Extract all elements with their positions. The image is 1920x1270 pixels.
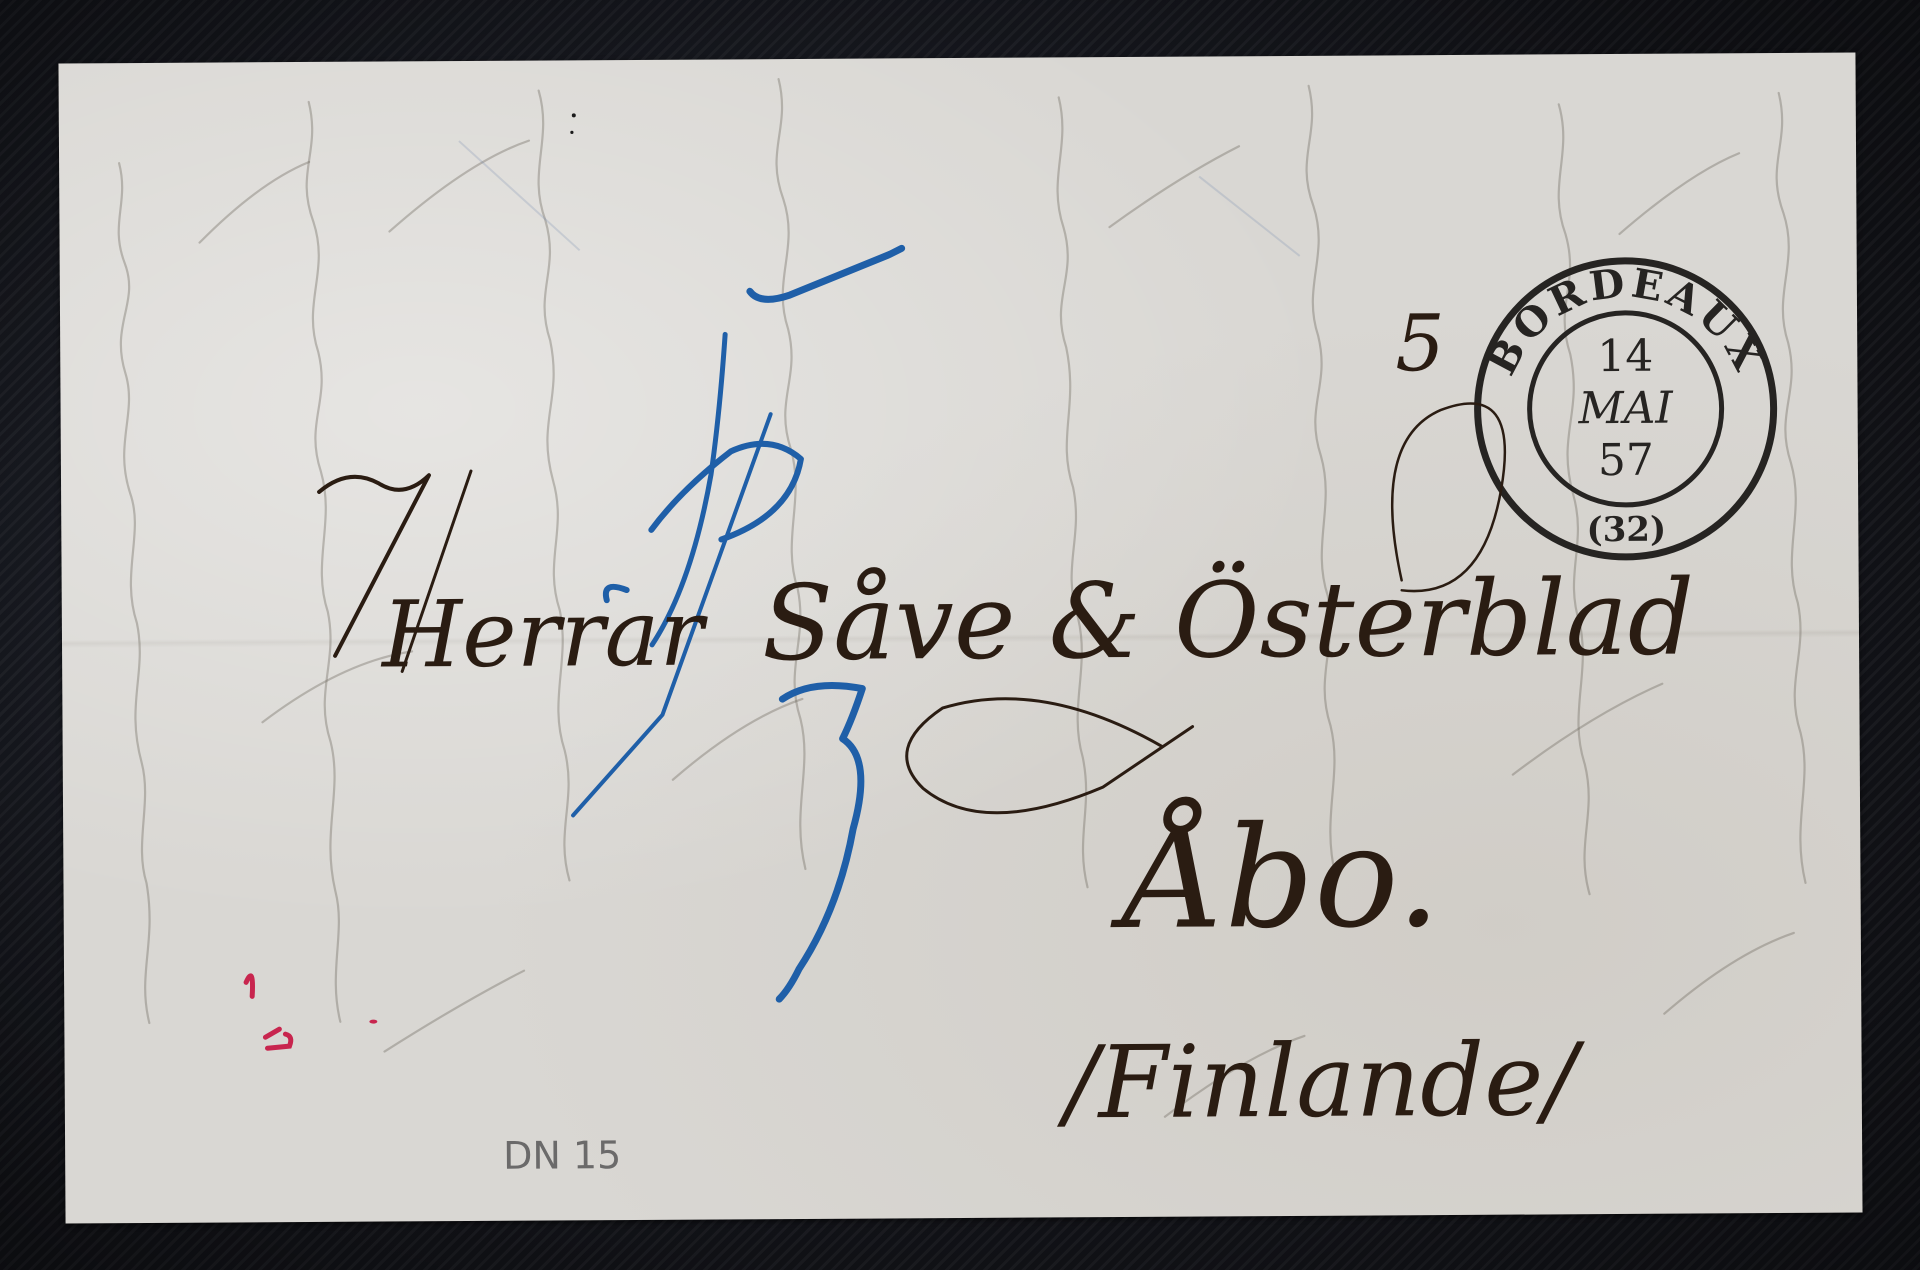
bordeaux-postmark: BORDEAUX 14 MAI 57 (32) bbox=[1477, 258, 1775, 558]
pencil-annotation: DN 15 bbox=[503, 1133, 621, 1178]
address-line-3: /Finlande/ bbox=[1056, 1021, 1585, 1141]
address-city: Åbo. bbox=[1109, 794, 1441, 961]
letter-cover: 5 BORDEAUX 14 MAI 57 (32) He bbox=[58, 53, 1862, 1224]
postmark-department: (32) bbox=[1586, 510, 1666, 550]
address-line-2: Åbo. bbox=[906, 696, 1441, 962]
red-pencil-marks bbox=[246, 975, 377, 1048]
rate-marking-black: 5 bbox=[1395, 299, 1445, 389]
postmark-day: 14 bbox=[1597, 331, 1653, 382]
postmark-year: 57 bbox=[1598, 435, 1654, 486]
cover-artwork: 5 BORDEAUX 14 MAI 57 (32) He bbox=[58, 53, 1862, 1224]
address-salutation: Herrar bbox=[380, 580, 709, 689]
address-country: /Finlande/ bbox=[1056, 1021, 1585, 1141]
address-line-1: Herrar Såve & Österblad bbox=[319, 402, 1695, 689]
postmark-month: MAI bbox=[1577, 383, 1674, 435]
address-recipient: Såve & Österblad bbox=[762, 557, 1695, 685]
